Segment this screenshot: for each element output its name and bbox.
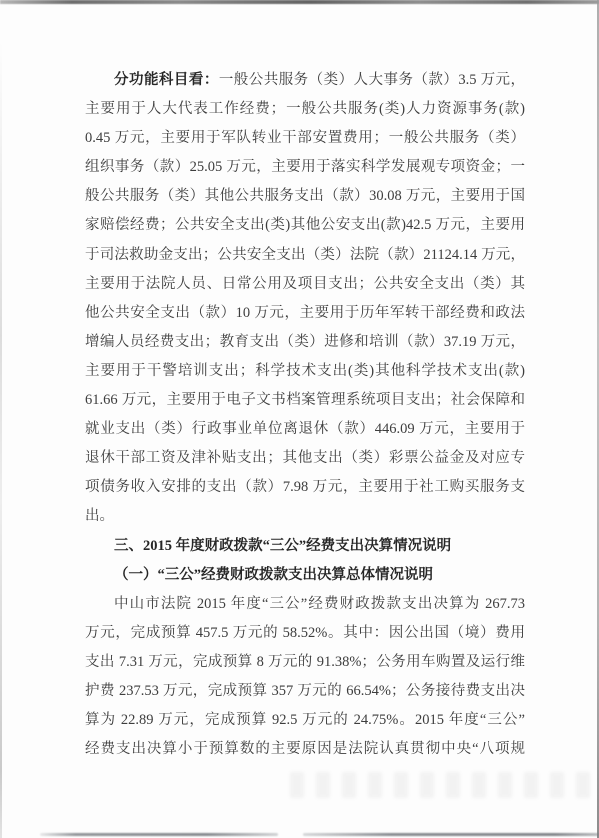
scan-artifact-bottom-streak-right <box>303 833 599 836</box>
body-line: 于司法救助金支出；公共安全支出（类）法院（款）21124.14 万元， <box>85 241 525 270</box>
body-line: 护费 237.53 万元，完成预算 357 万元的 66.54%；公务接待费支出… <box>85 677 525 706</box>
lead-in-label: 分功能科目看： <box>114 72 219 88</box>
body-line: 退休干部工资及津补贴支出；其他支出（类）彩票公益金及对应专 <box>85 444 525 473</box>
body-line: 主要用于法院人员、日常公用及项目支出；公共安全支出（类）其 <box>85 270 525 299</box>
body-line: 就业支出（类）行政事业单位离退休（款）446.09 万元，主要用于 <box>85 415 525 444</box>
body-line: 万元，完成预算 457.5 万元的 58.52%。其中：因公出国（境）费用 <box>85 619 525 648</box>
scan-artifact-bottom-streak-left <box>40 833 278 836</box>
subsection-heading: （一）“三公”经费财政拨款支出决算总体情况说明 <box>85 561 525 590</box>
body-line: 出。 <box>85 502 525 531</box>
body-line: 般公共服务（类）其他公共服务支出（款）30.08 万元，主要用于国 <box>85 182 525 211</box>
body-line: 组织事务（款）25.05 万元，主要用于落实科学发展观专项资金；一 <box>85 153 525 182</box>
document-page: 分功能科目看：一般公共服务（类）人大事务（款）3.5 万元， 主要用于人大代表工… <box>0 0 599 838</box>
body-line: 项债务收入安排的支出（款）7.98 万元，主要用于社工购买服务支 <box>85 473 525 502</box>
body-line: 算为 22.89 万元，完成预算 92.5 万元的 24.75%。2015 年度… <box>85 706 525 735</box>
body-line: 0.45 万元，主要用于军队转业干部安置费用；一般公共服务（类） <box>85 124 525 153</box>
body-line: 61.66 万元，主要用于电子文书档案管理系统项目支出；社会保障和 <box>85 386 525 415</box>
body-line: 他公共安全支出（款）10 万元，主要用于历年军转干部经费和政法 <box>85 299 525 328</box>
scan-artifact-top-edge <box>0 0 599 4</box>
body-line: 中山市法院 2015 年度“三公”经费财政拨款支出决算为 267.73 <box>85 590 525 619</box>
scanned-page: { "colors": { "ink": "#3d3d3d", "ink_str… <box>0 0 599 838</box>
scan-artifact-left-edge <box>0 0 2 838</box>
body-line: 增编人员经费支出；教育支出（类）进修和培训（款）37.19 万元， <box>85 328 525 357</box>
body-line: 主要用于干警培训支出；科学技术支出(类)其他科学技术支出(款) <box>85 357 525 386</box>
body-line: 主要用于人大代表工作经费；一般公共服务(类)人力资源事务(款) <box>85 95 525 124</box>
body-line: 家赔偿经费；公共安全支出(类)其他公安支出(款)42.5 万元，主要用 <box>85 211 525 240</box>
paragraph-lead-line: 分功能科目看：一般公共服务（类）人大事务（款）3.5 万元， <box>85 66 525 95</box>
body-line: 经费支出决算小于预算数的主要原因是法院认真贯彻中央“八项规 <box>85 735 525 764</box>
section-heading: 三、2015 年度财政拨款“三公”经费支出决算情况说明 <box>85 532 525 561</box>
body-line: 支出 7.31 万元，完成预算 8 万元的 91.38%；公务用车购置及运行维 <box>85 648 525 677</box>
line-text: 一般公共服务（类）人大事务（款）3.5 万元， <box>219 72 525 88</box>
document-text-block: 分功能科目看：一般公共服务（类）人大事务（款）3.5 万元， 主要用于人大代表工… <box>85 66 525 764</box>
scan-artifact-ghosting <box>290 772 590 798</box>
